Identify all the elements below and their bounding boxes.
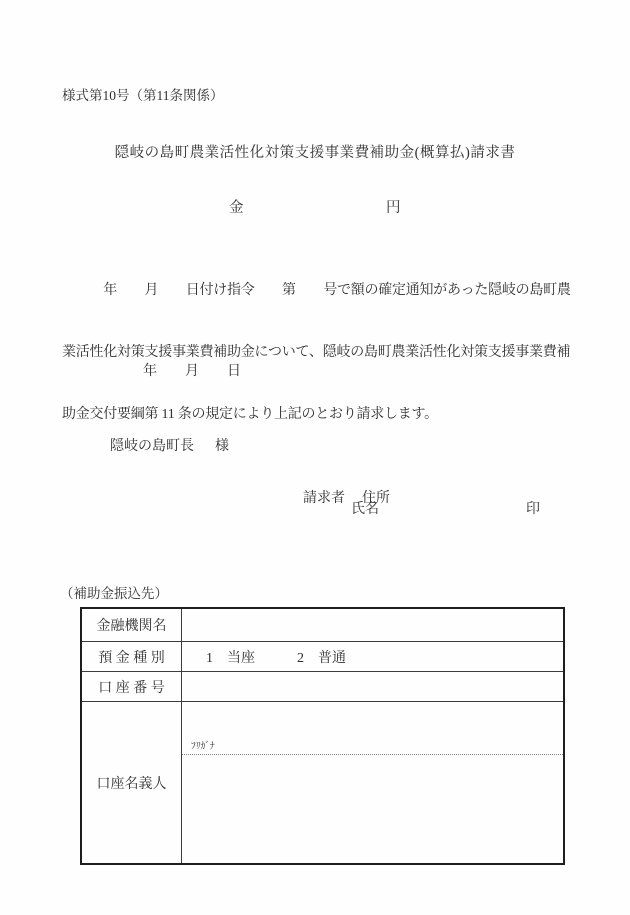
amount-prefix-label: 金 [229,196,244,217]
addressee-name: 隠岐の島町長 [110,439,194,454]
bank-transfer-table: 金融機関名 預 金 種 別 1 当座 2 普通 口 座 番 号 口座名義人 ﾌﾘ… [80,607,565,865]
table-row-bank-name: 金融機関名 [81,608,564,642]
furigana-label: ﾌﾘｶﾞﾅ [182,734,563,755]
amount-suffix-label: 円 [386,196,401,217]
date-line: 年 月 日 [143,360,241,380]
document-page: 様式第10号（第11条関係） 隠岐の島町農業活性化対策支援事業費補助金(概算払)… [0,0,630,915]
table-row-account-holder: 口座名義人 ﾌﾘｶﾞﾅ [81,702,564,865]
body-line-2: 業活性化対策支援事業費補助金について、隠岐の島町農業活性化対策支援事業費補 [62,343,574,373]
account-holder-space [182,787,563,831]
addressee-line: 隠岐の島町長様 [96,419,229,471]
bank-section-label: （補助金振込先） [60,582,168,602]
account-number-label: 口 座 番 号 [81,672,182,702]
deposit-type-label: 預 金 種 別 [81,642,182,672]
table-row-account-number: 口 座 番 号 [81,672,564,702]
deposit-type-options: 1 当座 2 普通 [182,642,565,672]
account-number-value [182,672,565,702]
claimant-label: 請求者 [303,491,345,506]
seal-label: 印 [526,498,540,518]
form-number: 様式第10号（第11条関係） [62,84,224,104]
body-line-1: 年 月 日付け指令 第 号で額の確定通知があった隠岐の島町農 [62,281,574,311]
addressee-honorific: 様 [215,439,229,454]
table-row-deposit-type: 預 金 種 別 1 当座 2 普通 [81,642,564,672]
bank-name-value [182,608,565,642]
claimant-name-label: 氏名 [351,498,379,518]
document-title: 隠岐の島町農業活性化対策支援事業費補助金(概算払)請求書 [0,141,630,162]
bank-name-label: 金融機関名 [81,608,182,642]
account-holder-label: 口座名義人 [81,702,182,865]
account-holder-cell: ﾌﾘｶﾞﾅ [182,702,565,865]
